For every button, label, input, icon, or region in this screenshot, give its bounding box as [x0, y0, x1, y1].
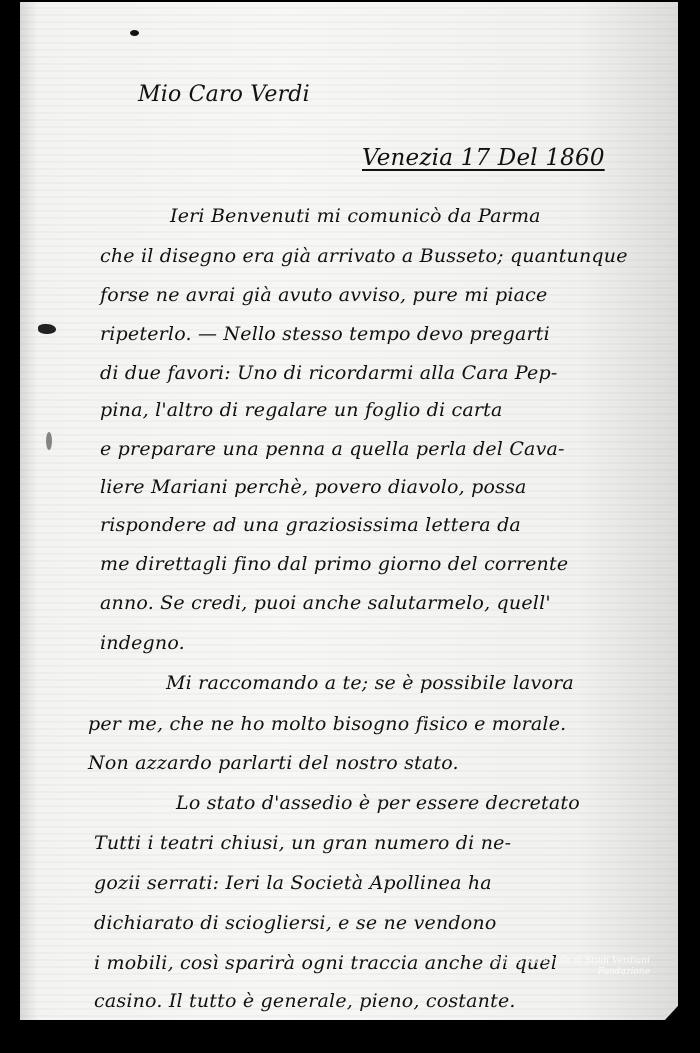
letter-line: liere Mariani perchè, povero diavolo, po… — [100, 476, 527, 498]
margin-smudge — [46, 432, 52, 450]
letter-line: i mobili, così sparirà ogni traccia anch… — [94, 952, 557, 974]
ink-blot-mark — [38, 324, 56, 334]
letter-line: dichiarato di sciogliersi, e se ne vendo… — [94, 912, 497, 934]
letter-line: Mi raccomando a te; se è possibile lavor… — [166, 672, 574, 694]
letter-line: anno. Se credi, puoi anche salutarmelo, … — [100, 592, 551, 614]
watermark-line-2: Fondazione — [489, 967, 650, 978]
letter-line: Ieri Benvenuti mi comunicò da Parma — [170, 205, 541, 227]
salutation: Mio Caro Verdi — [138, 82, 310, 107]
watermark-line-1: Istituto Nazionale di Studi Verdiani — [489, 956, 650, 967]
letter-line: Tutti i teatri chiusi, un gran numero di… — [94, 832, 511, 854]
ink-speck — [130, 30, 139, 36]
letter-line: rispondere ad una graziosissima lettera … — [100, 514, 521, 536]
archive-watermark: Istituto Nazionale di Studi Verdiani Fon… — [489, 956, 650, 978]
letter-page: Mio Caro Verdi Venezia 17 Del 1860 Ieri … — [20, 2, 678, 1020]
letter-line: di due favori: Uno di ricordarmi alla Ca… — [100, 362, 557, 384]
letter-line: Non azzardo parlarti del nostro stato. — [88, 752, 459, 774]
letter-date: Venezia 17 Del 1860 — [362, 145, 605, 171]
letter-line: casino. Il tutto è generale, pieno, cost… — [94, 990, 516, 1012]
letter-line: me direttagli fino dal primo giorno del … — [100, 553, 568, 575]
letter-line: indegno. — [100, 632, 185, 654]
letter-line: Lo stato d'assedio è per essere decretat… — [176, 792, 580, 814]
letter-line: ripeterlo. — Nello stesso tempo devo pre… — [100, 323, 550, 345]
letter-line: che il disegno era già arrivato a Busset… — [100, 245, 628, 267]
letter-line: e preparare una penna a quella perla del… — [100, 438, 565, 460]
letter-line: La miseria incalza, non si può vivere ch… — [106, 1028, 507, 1050]
letter-line: per me, che ne ho molto bisogno fisico e… — [88, 713, 566, 735]
letter-line: gozii serrati: Ieri la Società Apollinea… — [94, 872, 492, 894]
letter-line: pina, l'altro di regalare un foglio di c… — [100, 399, 503, 421]
letter-line: forse ne avrai già avuto avviso, pure mi… — [100, 284, 547, 306]
